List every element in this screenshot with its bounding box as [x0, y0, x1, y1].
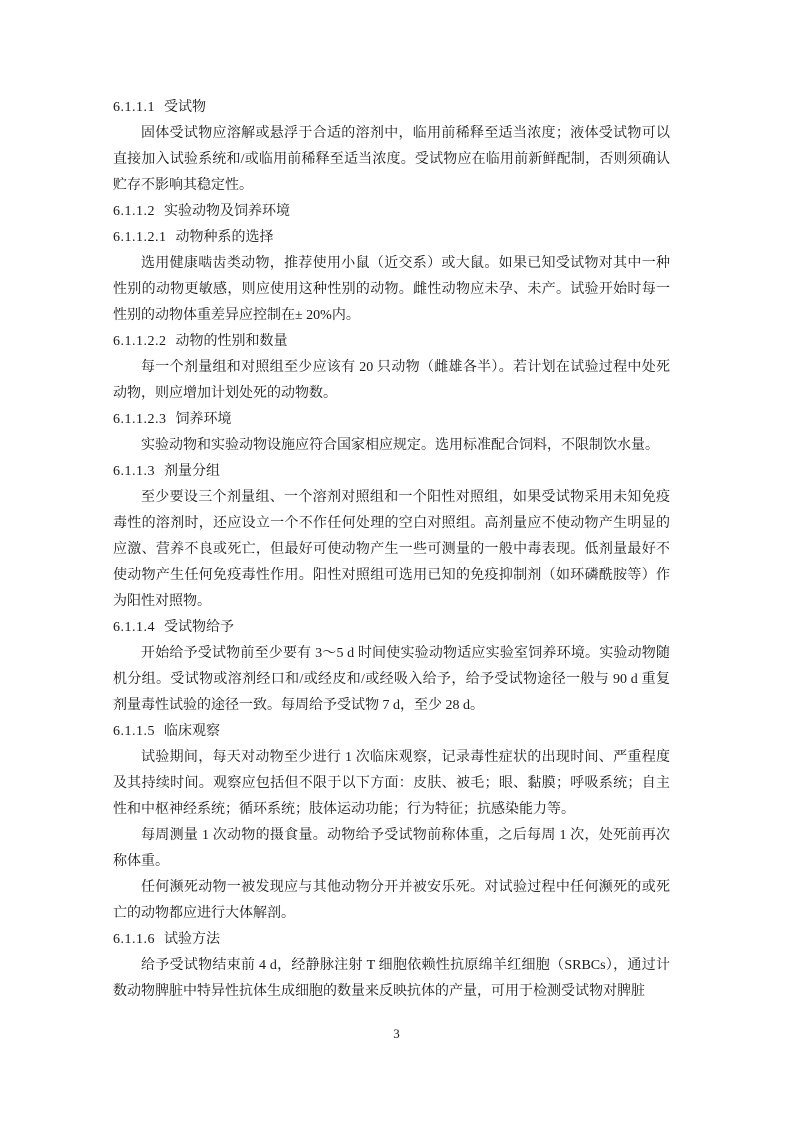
body-paragraph: 任何濒死动物一被发现应与其他动物分开并被安乐死。对试验过程中任何濒死的或死亡的动… [113, 875, 670, 927]
section-number: 6.1.1.5 [113, 719, 155, 745]
section-title: 临床观察 [164, 724, 220, 739]
section-heading-6-1-1-2-3: 6.1.1.2.3饲养环境 [113, 407, 670, 433]
section-number: 6.1.1.1 [113, 95, 155, 121]
section-title: 受试物给予 [164, 620, 234, 635]
body-paragraph: 开始给予受试物前至少要有 3～5 d 时间使实验动物适应实验室饲养环境。实验动物… [113, 641, 670, 719]
section-number: 6.1.1.3 [113, 459, 155, 485]
section-number: 6.1.1.2.3 [113, 407, 167, 433]
section-heading-6-1-1-1: 6.1.1.1受试物 [113, 95, 670, 121]
body-paragraph: 给予受试物结束前 4 d，经静脉注射 T 细胞依赖性抗原绵羊红细胞（SRBCs）… [113, 953, 670, 1005]
section-heading-6-1-1-5: 6.1.1.5临床观察 [113, 719, 670, 745]
section-heading-6-1-1-2-1: 6.1.1.2.1动物种系的选择 [113, 225, 670, 251]
document-page: 6.1.1.1受试物 固体受试物应溶解或悬浮于合适的溶剂中，临用前稀释至适当浓度… [0, 0, 793, 1122]
section-title: 实验动物及饲养环境 [164, 204, 290, 219]
body-paragraph: 试验期间，每天对动物至少进行 1 次临床观察，记录毒性症状的出现时间、严重程度及… [113, 745, 670, 823]
section-number: 6.1.1.6 [113, 927, 155, 953]
section-heading-6-1-1-2: 6.1.1.2实验动物及饲养环境 [113, 199, 670, 225]
section-heading-6-1-1-2-2: 6.1.1.2.2动物的性别和数量 [113, 329, 670, 355]
section-number: 6.1.1.2.2 [113, 329, 167, 355]
section-heading-6-1-1-3: 6.1.1.3剂量分组 [113, 459, 670, 485]
body-paragraph: 固体受试物应溶解或悬浮于合适的溶剂中，临用前稀释至适当浓度；液体受试物可以直接加… [113, 121, 670, 199]
body-paragraph: 选用健康啮齿类动物，推荐使用小鼠（近交系）或大鼠。如果已知受试物对其中一种性别的… [113, 251, 670, 329]
document-body: 6.1.1.1受试物 固体受试物应溶解或悬浮于合适的溶剂中，临用前稀释至适当浓度… [113, 95, 670, 1005]
page-number: 3 [393, 1026, 400, 1041]
section-heading-6-1-1-6: 6.1.1.6试验方法 [113, 927, 670, 953]
section-heading-6-1-1-4: 6.1.1.4受试物给予 [113, 615, 670, 641]
page-footer: 3 [0, 1025, 793, 1043]
body-paragraph: 至少要设三个剂量组、一个溶剂对照组和一个阳性对照组，如果受试物采用未知免疫毒性的… [113, 485, 670, 615]
body-paragraph: 每周测量 1 次动物的摄食量。动物给予受试物前称体重，之后每周 1 次，处死前再… [113, 823, 670, 875]
section-title: 饲养环境 [176, 412, 232, 427]
section-number: 6.1.1.2 [113, 199, 155, 225]
body-paragraph: 实验动物和实验动物设施应符合国家相应规定。选用标准配合饲料，不限制饮水量。 [113, 433, 670, 459]
section-title: 剂量分组 [164, 464, 220, 479]
section-title: 动物的性别和数量 [176, 334, 288, 349]
section-number: 6.1.1.4 [113, 615, 155, 641]
section-number: 6.1.1.2.1 [113, 225, 167, 251]
body-paragraph: 每一个剂量组和对照组至少应该有 20 只动物（雌雄各半）。若计划在试验过程中处死… [113, 355, 670, 407]
section-title: 试验方法 [164, 932, 220, 947]
section-title: 动物种系的选择 [176, 230, 274, 245]
section-title: 受试物 [164, 100, 206, 115]
